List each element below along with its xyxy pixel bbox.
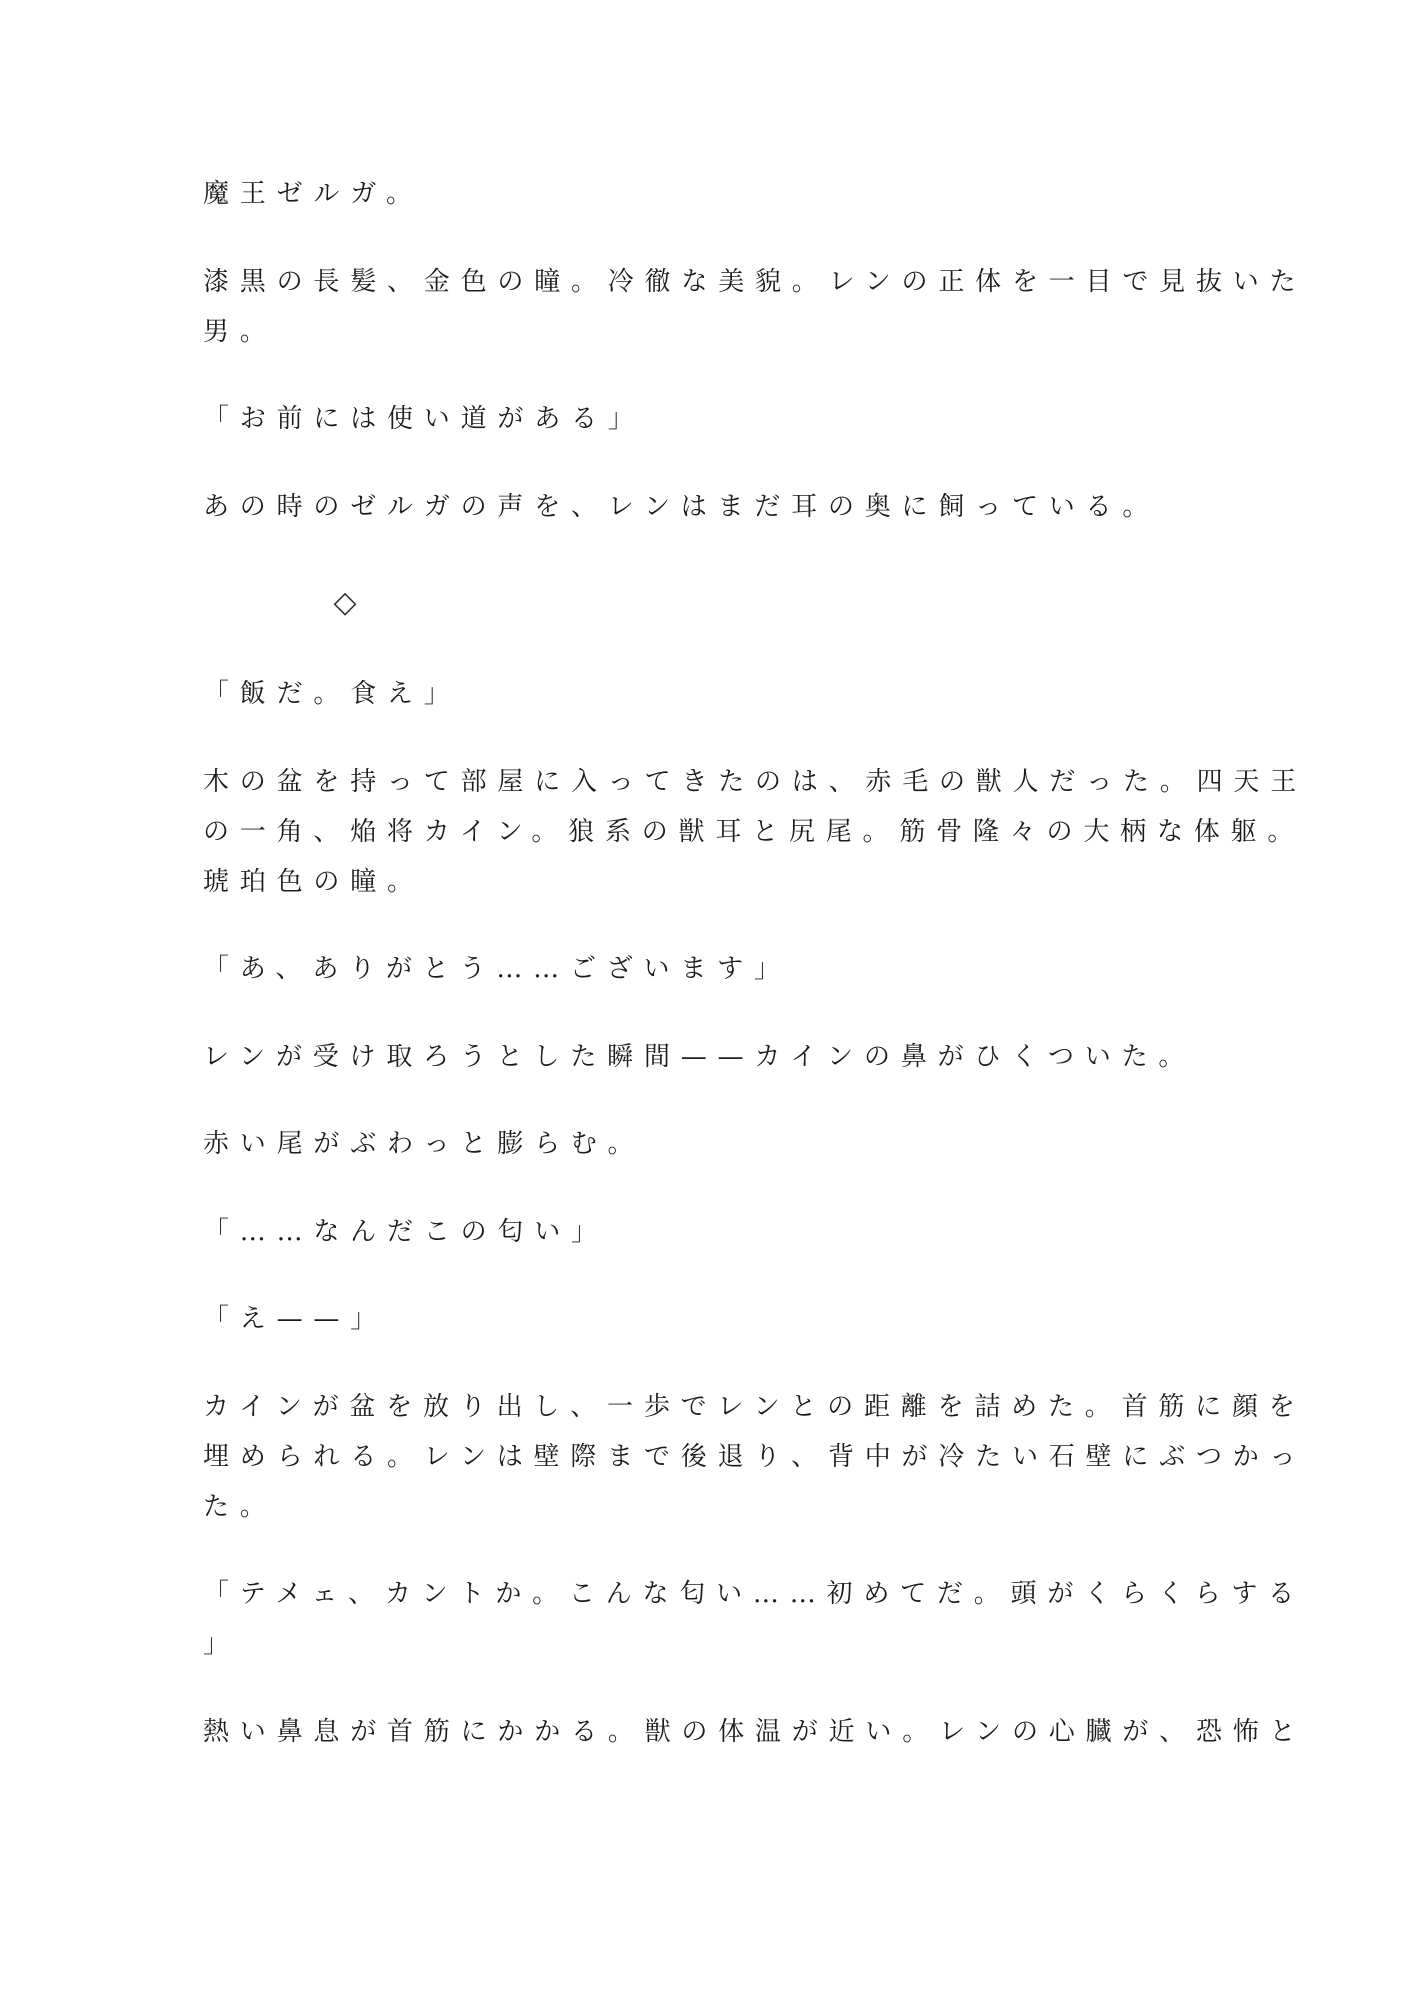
text-line: 赤い尾がぶわっと膨らむ。 <box>203 1126 644 1162</box>
text-line: あの時のゼルガの声を、レンはまだ耳の奥に飼っている。 <box>203 489 1159 525</box>
dialogue-line: 「飯だ。食え」 <box>203 676 461 712</box>
text-line: 男。 <box>203 314 277 350</box>
dialogue-line: 「テメェ、カントか。こんな匂い……初めてだ。頭がくらくらする <box>203 1576 1305 1612</box>
text-line: カインが盆を放り出し、一歩でレンとの距離を詰めた。首筋に顔を <box>203 1389 1306 1425</box>
text-line: 琥珀色の瞳。 <box>203 864 424 900</box>
dialogue-line: 」 <box>203 1626 240 1662</box>
text-line: 漆黒の長髪、金色の瞳。冷徹な美貌。レンの正体を一目で見抜いた <box>203 264 1306 300</box>
document-page: 魔王ゼルガ。 漆黒の長髪、金色の瞳。冷徹な美貌。レンの正体を一目で見抜いた 男。… <box>0 0 1415 2000</box>
text-line: た。 <box>203 1489 277 1525</box>
scene-break-diamond-icon: ◇ <box>330 585 360 621</box>
text-line: 埋められる。レンは壁際まで後退り、背中が冷たい石壁にぶつかっ <box>203 1439 1306 1475</box>
dialogue-line: 「え——」 <box>203 1301 387 1337</box>
text-line: の一角、焔将カイン。狼系の獣耳と尻尾。筋骨隆々の大柄な体躯。 <box>203 814 1304 850</box>
text-line: 熱い鼻息が首筋にかかる。獣の体温が近い。レンの心臓が、恐怖と <box>203 1714 1306 1750</box>
text-line: 魔王ゼルガ。 <box>203 176 423 212</box>
text-line: 木の盆を持って部屋に入ってきたのは、赤毛の獣人だった。四天王 <box>203 764 1307 800</box>
dialogue-line: 「あ、ありがとう……ございます」 <box>203 951 791 987</box>
dialogue-line: 「お前には使い道がある」 <box>203 401 645 437</box>
dialogue-line: 「……なんだこの匂い」 <box>203 1214 608 1250</box>
text-line: レンが受け取ろうとした瞬間——カインの鼻がひくついた。 <box>203 1039 1195 1075</box>
